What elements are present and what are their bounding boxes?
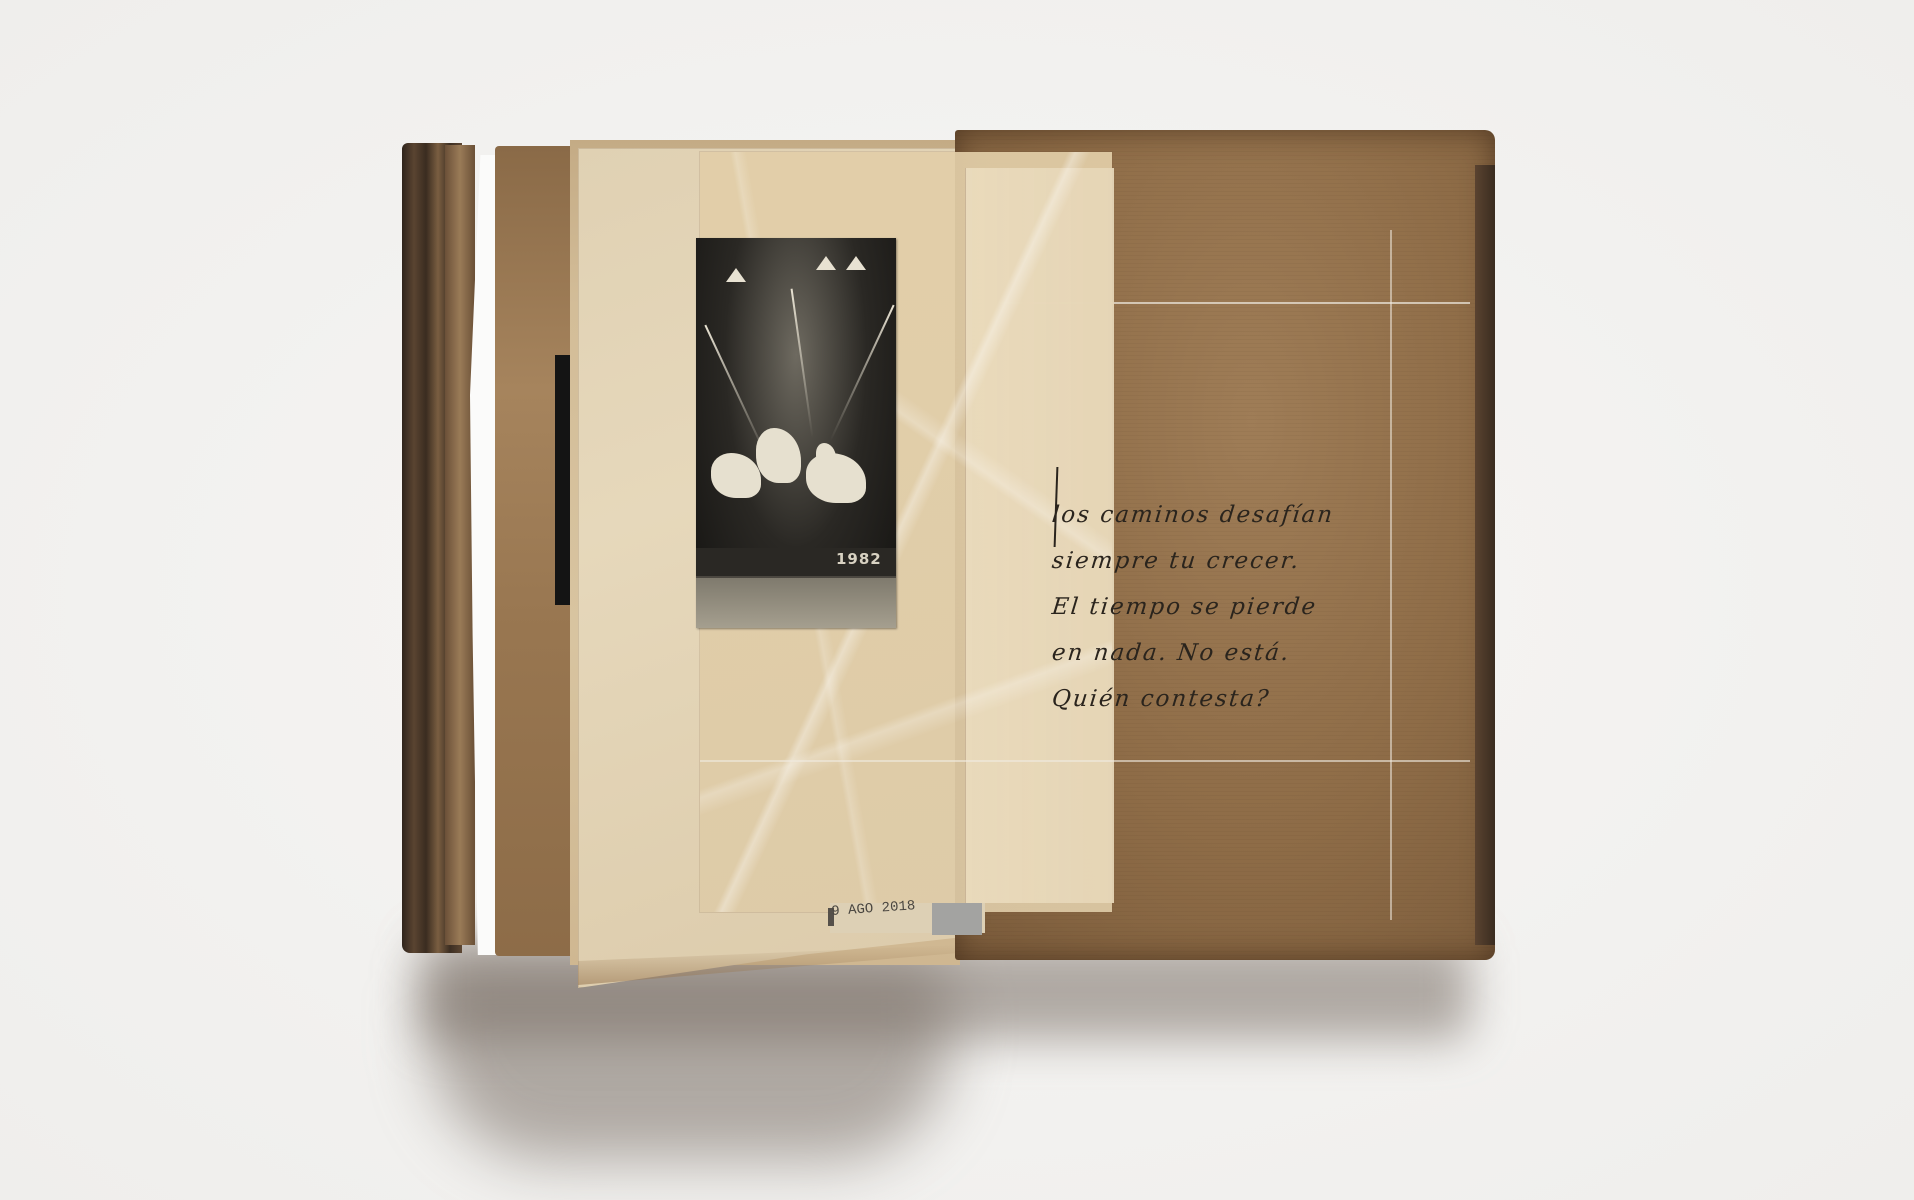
carousel-horse bbox=[711, 453, 761, 498]
pencil-rule-bottom bbox=[700, 760, 1470, 762]
light-triangle bbox=[726, 268, 746, 282]
ceiling-light bbox=[791, 289, 814, 438]
handwriting-line: en nada. No está. bbox=[1050, 630, 1385, 676]
carousel-photo: 1982 bbox=[696, 238, 896, 628]
handwritten-text: los caminos desafían siempre tu crecer. … bbox=[1052, 492, 1382, 722]
handwriting-line: siempre tu crecer. bbox=[1050, 538, 1385, 584]
page-edges bbox=[445, 145, 475, 945]
light-triangle bbox=[846, 256, 866, 270]
grey-tape bbox=[932, 903, 982, 935]
right-page-edge bbox=[1475, 165, 1495, 945]
carousel-horse bbox=[806, 453, 866, 503]
carousel-horse bbox=[756, 428, 801, 483]
photo-year: 1982 bbox=[836, 550, 882, 568]
pencil-rule-vertical bbox=[1390, 230, 1392, 920]
handwriting-line: Quién contesta? bbox=[1050, 676, 1385, 722]
ceiling-light bbox=[829, 305, 894, 442]
handwriting-line: los caminos desafían bbox=[1050, 492, 1385, 538]
carousel-swan bbox=[816, 443, 836, 468]
carousel-floor bbox=[696, 578, 896, 628]
light-triangle bbox=[816, 256, 836, 270]
handwriting-line: El tiempo se pierde bbox=[1050, 584, 1385, 630]
